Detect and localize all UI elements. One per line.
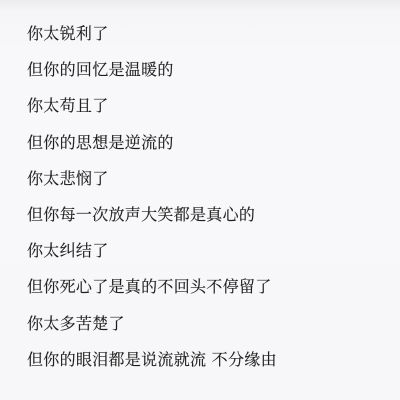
lyrics-text-block: 你太锐利了 但你的回忆是温暖的 你太苟且了 但你的思想是逆流的 你太悲悯了 但你…	[27, 22, 277, 384]
lyric-line: 你太悲悯了	[27, 167, 277, 203]
lyric-line: 但你每一次放声大笑都是真心的	[27, 203, 277, 239]
lyric-line: 但你的回忆是温暖的	[27, 58, 277, 94]
lyric-line: 你太苟且了	[27, 94, 277, 130]
lyric-line: 但你的眼泪都是说流就流 不分缘由	[27, 348, 277, 384]
lyric-line: 你太锐利了	[27, 22, 277, 58]
lyric-line: 但你的思想是逆流的	[27, 131, 277, 167]
lyric-line: 你太多苦楚了	[27, 312, 277, 348]
lyric-line: 你太纠结了	[27, 239, 277, 275]
lyric-line: 但你死心了是真的不回头不停留了	[27, 275, 277, 311]
